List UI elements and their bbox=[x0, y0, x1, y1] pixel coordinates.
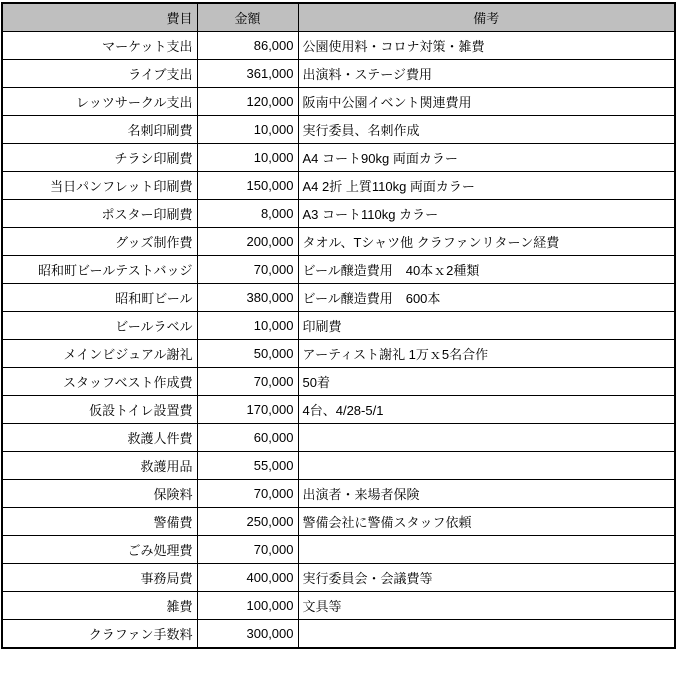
note-cell: A4 2折 上質110kg 両面カラー bbox=[298, 172, 675, 200]
amount-cell: 380,000 bbox=[197, 284, 298, 312]
amount-cell: 361,000 bbox=[197, 60, 298, 88]
note-cell bbox=[298, 424, 675, 452]
expense-item-cell: ライブ支出 bbox=[2, 60, 197, 88]
expense-item-cell: メインビジュアル謝礼 bbox=[2, 340, 197, 368]
table-row: 昭和町ビール380,000ビール醸造費用 600本 bbox=[2, 284, 675, 312]
amount-cell: 86,000 bbox=[197, 32, 298, 60]
note-cell: 50着 bbox=[298, 368, 675, 396]
table-body: マーケット支出86,000公園使用料・コロナ対策・雑費ライブ支出361,000出… bbox=[2, 32, 675, 649]
table-row: スタッフベスト作成費70,00050着 bbox=[2, 368, 675, 396]
table-row: 救護人件費60,000 bbox=[2, 424, 675, 452]
table-row: ビールラベル10,000印刷費 bbox=[2, 312, 675, 340]
expense-item-cell: 当日パンフレット印刷費 bbox=[2, 172, 197, 200]
note-cell: 文具等 bbox=[298, 592, 675, 620]
budget-table-container: 費目 金額 備考 マーケット支出86,000公園使用料・コロナ対策・雑費ライブ支… bbox=[1, 2, 676, 649]
budget-table: 費目 金額 備考 マーケット支出86,000公園使用料・コロナ対策・雑費ライブ支… bbox=[1, 2, 676, 649]
expense-item-cell: 昭和町ビール bbox=[2, 284, 197, 312]
table-row: グッズ制作費200,000タオル、Tシャツ他 クラファンリターン経費 bbox=[2, 228, 675, 256]
expense-item-cell: 救護人件費 bbox=[2, 424, 197, 452]
amount-cell: 8,000 bbox=[197, 200, 298, 228]
expense-item-cell: ビールラベル bbox=[2, 312, 197, 340]
note-cell: 印刷費 bbox=[298, 312, 675, 340]
expense-item-cell: ポスター印刷費 bbox=[2, 200, 197, 228]
expense-item-cell: 保険料 bbox=[2, 480, 197, 508]
note-cell: タオル、Tシャツ他 クラファンリターン経費 bbox=[298, 228, 675, 256]
expense-item-cell: 名刺印刷費 bbox=[2, 116, 197, 144]
expense-item-cell: 仮設トイレ設置費 bbox=[2, 396, 197, 424]
note-cell: ビール醸造費用 40本ｘ2種類 bbox=[298, 256, 675, 284]
expense-item-cell: クラファン手数料 bbox=[2, 620, 197, 649]
table-header-row: 費目 金額 備考 bbox=[2, 3, 675, 32]
note-cell: A3 コート110kg カラー bbox=[298, 200, 675, 228]
table-row: 名刺印刷費10,000実行委員、名刺作成 bbox=[2, 116, 675, 144]
amount-cell: 150,000 bbox=[197, 172, 298, 200]
note-cell bbox=[298, 620, 675, 649]
table-row: マーケット支出86,000公園使用料・コロナ対策・雑費 bbox=[2, 32, 675, 60]
expense-item-cell: マーケット支出 bbox=[2, 32, 197, 60]
expense-item-cell: 事務局費 bbox=[2, 564, 197, 592]
amount-cell: 10,000 bbox=[197, 312, 298, 340]
expense-item-cell: ごみ処理費 bbox=[2, 536, 197, 564]
amount-cell: 50,000 bbox=[197, 340, 298, 368]
note-cell: 公園使用料・コロナ対策・雑費 bbox=[298, 32, 675, 60]
note-cell: 出演料・ステージ費用 bbox=[298, 60, 675, 88]
note-cell: 警備会社に警備スタッフ依頼 bbox=[298, 508, 675, 536]
amount-cell: 70,000 bbox=[197, 536, 298, 564]
expense-item-cell: 救護用品 bbox=[2, 452, 197, 480]
amount-cell: 170,000 bbox=[197, 396, 298, 424]
note-cell: 4台、4/28-5/1 bbox=[298, 396, 675, 424]
amount-cell: 400,000 bbox=[197, 564, 298, 592]
table-row: 昭和町ビールテストバッジ70,000ビール醸造費用 40本ｘ2種類 bbox=[2, 256, 675, 284]
expense-item-cell: チラシ印刷費 bbox=[2, 144, 197, 172]
note-cell: アーティスト謝礼 1万ｘ5名合作 bbox=[298, 340, 675, 368]
column-header-note: 備考 bbox=[298, 3, 675, 32]
note-cell: 実行委員会・会議費等 bbox=[298, 564, 675, 592]
table-row: クラファン手数料300,000 bbox=[2, 620, 675, 649]
expense-item-cell: 雑費 bbox=[2, 592, 197, 620]
table-row: 事務局費400,000実行委員会・会議費等 bbox=[2, 564, 675, 592]
amount-cell: 200,000 bbox=[197, 228, 298, 256]
note-cell: 実行委員、名刺作成 bbox=[298, 116, 675, 144]
column-header-expense-item: 費目 bbox=[2, 3, 197, 32]
table-row: 当日パンフレット印刷費150,000A4 2折 上質110kg 両面カラー bbox=[2, 172, 675, 200]
amount-cell: 300,000 bbox=[197, 620, 298, 649]
amount-cell: 10,000 bbox=[197, 144, 298, 172]
table-row: ごみ処理費70,000 bbox=[2, 536, 675, 564]
table-row: チラシ印刷費10,000A4 コート90kg 両面カラー bbox=[2, 144, 675, 172]
amount-cell: 70,000 bbox=[197, 480, 298, 508]
note-cell bbox=[298, 536, 675, 564]
table-row: レッツサークル支出120,000阪南中公園イベント関連費用 bbox=[2, 88, 675, 116]
table-row: メインビジュアル謝礼50,000アーティスト謝礼 1万ｘ5名合作 bbox=[2, 340, 675, 368]
table-row: ライブ支出361,000出演料・ステージ費用 bbox=[2, 60, 675, 88]
column-header-amount: 金額 bbox=[197, 3, 298, 32]
table-row: 保険料70,000出演者・来場者保険 bbox=[2, 480, 675, 508]
amount-cell: 100,000 bbox=[197, 592, 298, 620]
amount-cell: 55,000 bbox=[197, 452, 298, 480]
note-cell bbox=[298, 452, 675, 480]
expense-item-cell: スタッフベスト作成費 bbox=[2, 368, 197, 396]
table-row: 警備費250,000警備会社に警備スタッフ依頼 bbox=[2, 508, 675, 536]
amount-cell: 60,000 bbox=[197, 424, 298, 452]
note-cell: 出演者・来場者保険 bbox=[298, 480, 675, 508]
table-row: ポスター印刷費8,000A3 コート110kg カラー bbox=[2, 200, 675, 228]
table-row: 救護用品55,000 bbox=[2, 452, 675, 480]
amount-cell: 10,000 bbox=[197, 116, 298, 144]
expense-item-cell: レッツサークル支出 bbox=[2, 88, 197, 116]
expense-item-cell: 警備費 bbox=[2, 508, 197, 536]
note-cell: A4 コート90kg 両面カラー bbox=[298, 144, 675, 172]
amount-cell: 250,000 bbox=[197, 508, 298, 536]
amount-cell: 70,000 bbox=[197, 368, 298, 396]
note-cell: ビール醸造費用 600本 bbox=[298, 284, 675, 312]
expense-item-cell: グッズ制作費 bbox=[2, 228, 197, 256]
amount-cell: 70,000 bbox=[197, 256, 298, 284]
table-row: 仮設トイレ設置費170,0004台、4/28-5/1 bbox=[2, 396, 675, 424]
expense-item-cell: 昭和町ビールテストバッジ bbox=[2, 256, 197, 284]
amount-cell: 120,000 bbox=[197, 88, 298, 116]
table-row: 雑費100,000文具等 bbox=[2, 592, 675, 620]
note-cell: 阪南中公園イベント関連費用 bbox=[298, 88, 675, 116]
